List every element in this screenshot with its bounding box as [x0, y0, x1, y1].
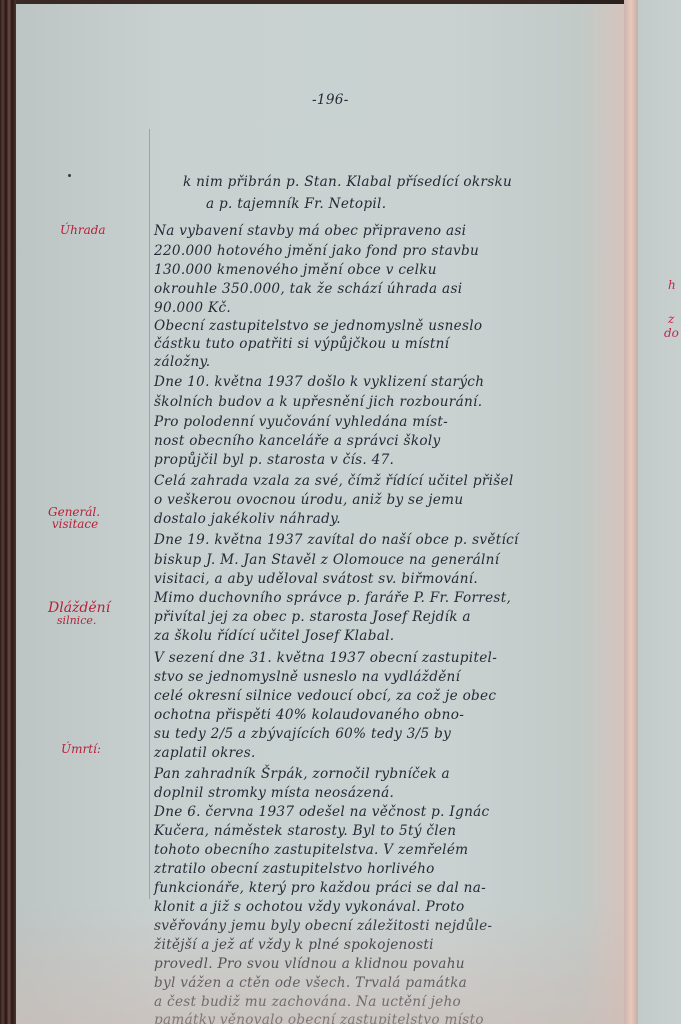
- text-line: byl vážen a ctěn ode všech. Trvalá památ…: [154, 975, 467, 991]
- text-line: Na vybavení stavby má obec připraveno as…: [154, 223, 466, 239]
- text-line: za školu řídící učitel Josef Klabal.: [154, 628, 394, 644]
- text-line: Pan zahradník Šrpák, zornočil rybníček a: [154, 766, 450, 782]
- adjacent-margin-fragment: do: [664, 326, 679, 340]
- text-line: přivítal jej za obec p. starosta Josef R…: [154, 609, 471, 625]
- text-line: 130.000 kmenového jmění obce v celku: [154, 262, 437, 278]
- text-line: tohoto obecního zastupitelstva. V zemřel…: [154, 842, 468, 858]
- text-line: okrouhle 350.000, tak že schází úhrada a…: [154, 281, 462, 297]
- text-line: funkcionáře, který pro každou práci se d…: [154, 880, 486, 896]
- text-line: částku tuto opatřiti si výpůjčkou u míst…: [154, 336, 449, 352]
- text-line: 90.000 Kč.: [154, 300, 231, 316]
- text-line: biskup J. M. Jan Stavěl z Olomouce na ge…: [154, 552, 499, 568]
- text-line: ochotna přispěti 40% kolaudovaného obno-: [154, 707, 464, 723]
- text-line: o veškerou ovocnou úrodu, aniž by se jem…: [154, 492, 463, 508]
- text-line: klonit a již s ochotou vždy vykonával. P…: [154, 899, 465, 915]
- adjacent-margin-fragment: h: [668, 278, 676, 292]
- text-line: památky věnovalo obecní zastupitelstvo m…: [154, 1012, 484, 1024]
- text-line: V sezení dne 31. května 1937 obecní zast…: [154, 650, 497, 666]
- text-line: provedl. Pro svou vlídnou a klidnou pova…: [154, 956, 465, 972]
- ink-speck: [68, 174, 71, 177]
- text-line: propůjčil byl p. starosta v čís. 47.: [154, 452, 394, 468]
- text-line: žitější a jež ať vždy k plné spokojenost…: [154, 937, 434, 953]
- text-line: Kučera, náměstek starosty. Byl to 5tý čl…: [154, 823, 456, 839]
- text-line: svěřovány jemu byly obecní záležitosti n…: [154, 918, 492, 934]
- chronicle-page: -196- k nim přibrán p. Stan. Klabal přís…: [16, 4, 630, 1024]
- page-number: -196-: [312, 92, 349, 108]
- text-line: Celá zahrada vzala za své, čímž řídící u…: [154, 473, 514, 489]
- page-gutter: [624, 0, 638, 1024]
- book-binding: [0, 0, 16, 1024]
- text-line: celé okresní silnice vedoucí obcí, za co…: [154, 688, 496, 704]
- text-line: dostalo jakékoliv náhrady.: [154, 511, 341, 527]
- text-line: a čest budiž mu zachována. Na uctění jeh…: [154, 994, 461, 1010]
- adjacent-page-edge: h z do: [638, 0, 681, 1024]
- text-line: su tedy 2/5 a zbývajících 60% tedy 3/5 b…: [154, 726, 451, 742]
- text-line: 220.000 hotového jmění jako fond pro sta…: [154, 243, 479, 259]
- adjacent-margin-fragment: z: [668, 312, 674, 326]
- text-line: školních budov a k upřesnění jich rozbou…: [154, 394, 482, 410]
- intro-line: a p. tajemník Fr. Netopil.: [206, 196, 386, 212]
- text-line: Dne 6. června 1937 odešel na věčnost p. …: [154, 804, 489, 820]
- text-line: Mimo duchovního správce p. faráře P. Fr.…: [154, 590, 511, 606]
- margin-label-generalni-visitace: Generál. visitace: [48, 506, 100, 530]
- text-line: Pro polodenní vyučování vyhledána míst-: [154, 414, 448, 430]
- text-line: záložny.: [154, 354, 210, 370]
- margin-label-umrti: Úmrtí:: [61, 743, 101, 755]
- text-line: Dne 19. května 1937 zavítal do naší obce…: [154, 532, 519, 548]
- margin-label-uhrada: Úhrada: [60, 224, 106, 236]
- intro-line: k nim přibrán p. Stan. Klabal přísedící …: [183, 174, 512, 190]
- text-line: nost obecního kanceláře a správci školy: [154, 433, 440, 449]
- text-line: Obecní zastupitelstvo se jednomyslně usn…: [154, 318, 482, 334]
- text-line: doplnil stromky místa neosázená.: [154, 785, 394, 801]
- text-line: zaplatil okres.: [154, 745, 256, 761]
- text-line: stvo se jednomyslně usneslo na vydlážděn…: [154, 669, 460, 685]
- text-line: Dne 10. května 1937 došlo k vyklizení st…: [154, 374, 484, 390]
- margin-rule: [149, 129, 150, 899]
- text-line: visitaci, a aby uděloval svátost sv. biř…: [154, 571, 478, 587]
- text-line: ztratilo obecní zastupitelstvo horlivého: [154, 861, 435, 877]
- margin-label-dlazdeni-silnice: Dláždění silnice.: [48, 602, 110, 627]
